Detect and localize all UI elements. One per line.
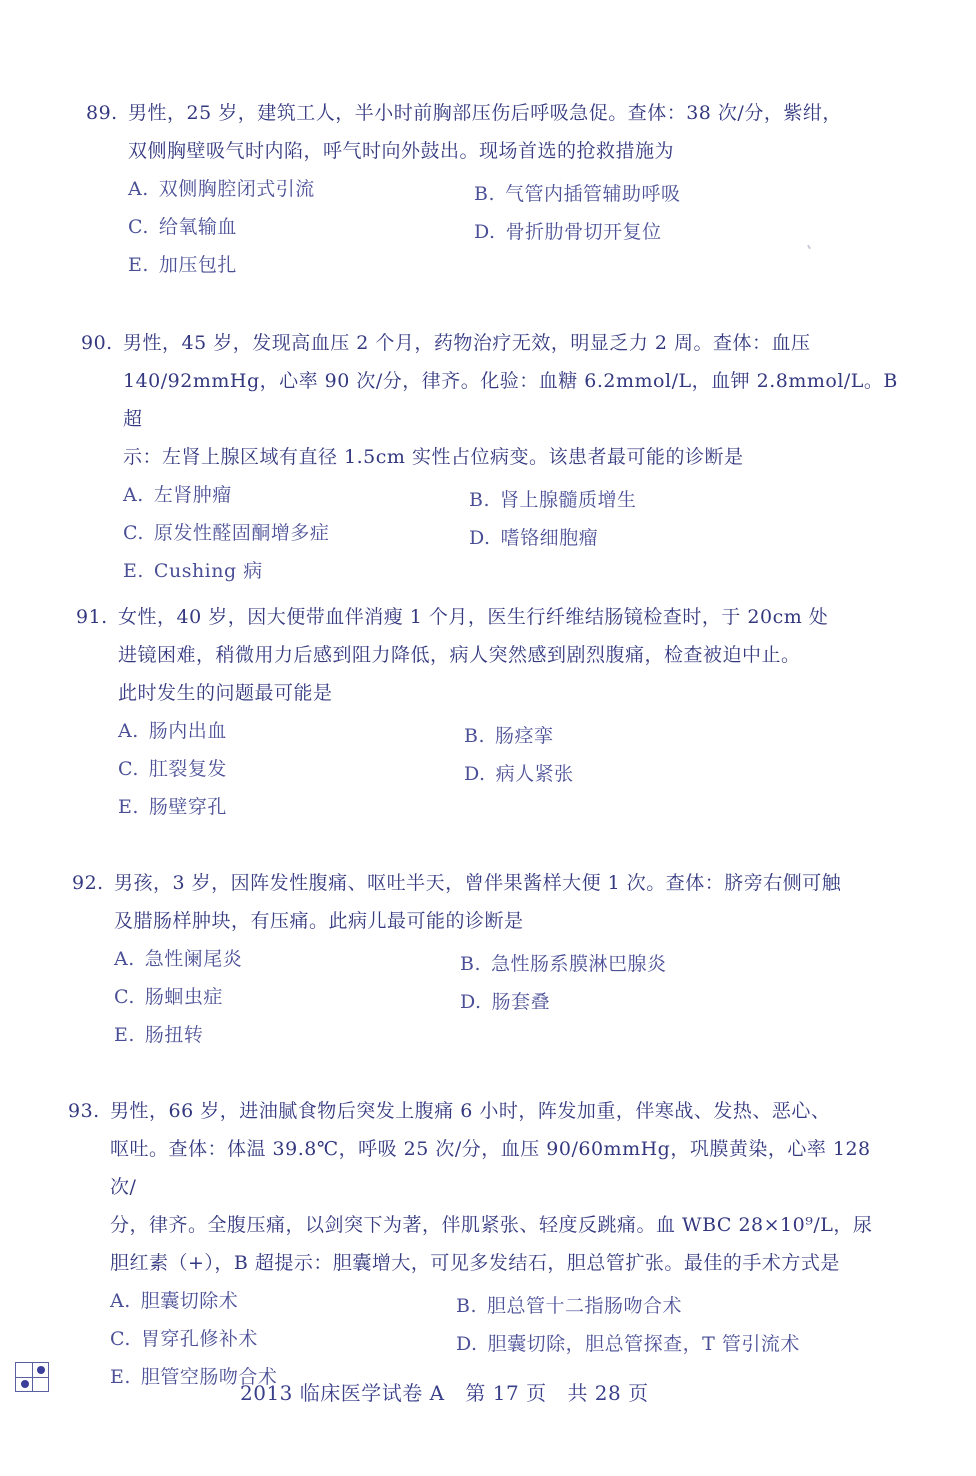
option-e: E.Cushing 病 <box>123 552 263 590</box>
question-stem: 92.男孩，3 岁，因阵发性腹痛、呕吐半天，曾伴果酱样大便 1 次。查体：脐旁右… <box>114 864 892 940</box>
question-number: 90. <box>81 324 123 362</box>
option-row: E.肠扭转 <box>72 1016 892 1054</box>
question-number: 92. <box>72 864 114 902</box>
option-row: E.加压包扎 <box>86 246 906 284</box>
stem-line: 89.男性，25 岁，建筑工人，半小时前胸部压伤后呼吸急促。查体：38 次/分，… <box>128 94 906 132</box>
stem-line: 91.女性，40 岁，因大便带血伴消瘦 1 个月，医生行纤维结肠镜检查时，于 2… <box>118 598 896 636</box>
dot-icon <box>37 1366 45 1374</box>
dot-icon <box>21 1380 29 1388</box>
page-footer: 2013 临床医学试卷 A 第 17 页 共 28 页 <box>240 1377 663 1406</box>
stem-line: 进镜困难，稍微用力后感到阻力降低，病人突然感到剧烈腹痛，检查被迫中止。 <box>118 636 896 674</box>
option-row: E.肠壁穿孔 <box>76 788 896 826</box>
stem-line: 93.男性，66 岁，进油腻食物后突发上腹痛 6 小时，阵发加重，伴寒战、发热、… <box>110 1092 888 1130</box>
stem-line: 及腊肠样肿块，有压痛。此病儿最可能的诊断是 <box>114 902 892 940</box>
option-c: C.胃穿孔修补术 <box>110 1320 258 1358</box>
registration-mark-icon <box>15 1362 49 1392</box>
option-a: A.左肾肿瘤 <box>123 476 232 514</box>
stem-line: 双侧胸壁吸气时内陷，呼气时向外鼓出。现场首选的抢救措施为 <box>128 132 906 170</box>
stem-line: 92.男孩，3 岁，因阵发性腹痛、呕吐半天，曾伴果酱样大便 1 次。查体：脐旁右… <box>114 864 892 902</box>
stem-line: 示：左肾上腺区域有直径 1.5cm 实性占位病变。该患者最可能的诊断是 <box>123 438 901 476</box>
question-93: 93.男性，66 岁，进油腻食物后突发上腹痛 6 小时，阵发加重，伴寒战、发热、… <box>68 1092 888 1396</box>
question-number: 89. <box>86 94 128 132</box>
question-90: 90.男性，45 岁，发现高血压 2 个月，药物治疗无效，明显乏力 2 周。查体… <box>81 324 901 590</box>
question-stem: 91.女性，40 岁，因大便带血伴消瘦 1 个月，医生行纤维结肠镜检查时，于 2… <box>118 598 896 712</box>
option-row: A.左肾肿瘤 B.肾上腺髓质增生 <box>81 476 901 514</box>
exam-title: 2013 临床医学试卷 A <box>240 1381 445 1405</box>
option-c: C.肠蛔虫症 <box>114 978 223 1016</box>
question-91: 91.女性，40 岁，因大便带血伴消瘦 1 个月，医生行纤维结肠镜检查时，于 2… <box>76 598 896 826</box>
stem-line: 此时发生的问题最可能是 <box>118 674 896 712</box>
question-stem: 90.男性，45 岁，发现高血压 2 个月，药物治疗无效，明显乏力 2 周。查体… <box>123 324 901 476</box>
option-row: E.Cushing 病 <box>81 552 901 590</box>
page-total: 共 28 页 <box>567 1381 648 1405</box>
stem-line: 分，律齐。全腹压痛，以剑突下为著，伴肌紧张、轻度反跳痛。血 WBC 28×10⁹… <box>110 1206 888 1244</box>
grid-line <box>16 1377 48 1378</box>
option-row: C.肠蛔虫症 D.肠套叠 <box>72 978 892 1016</box>
stem-line: 胆红素（+），B 超提示：胆囊增大，可见多发结石，胆总管扩张。最佳的手术方式是 <box>110 1244 888 1282</box>
question-number: 93. <box>68 1092 110 1130</box>
stem-line: 140/92mmHg，心率 90 次/分，律齐。化验：血糖 6.2mmol/L，… <box>123 362 901 438</box>
exam-page: 89.男性，25 岁，建筑工人，半小时前胸部压伤后呼吸急促。查体：38 次/分，… <box>0 0 976 1476</box>
option-row: C.原发性醛固酮增多症 D.嗜铬细胞瘤 <box>81 514 901 552</box>
option-c: C.肛裂复发 <box>118 750 227 788</box>
option-a: A.胆囊切除术 <box>110 1282 238 1320</box>
option-row: C.肛裂复发 D.病人紧张 <box>76 750 896 788</box>
option-row: A.肠内出血 B.肠痉挛 <box>76 712 896 750</box>
option-c: C.给氧输血 <box>128 208 237 246</box>
option-e: E.肠壁穿孔 <box>118 788 227 826</box>
option-row: A.双侧胸腔闭式引流 B.气管内插管辅助呼吸 <box>86 170 906 208</box>
option-row: C.给氧输血 D.骨折肋骨切开复位 <box>86 208 906 246</box>
option-row: C.胃穿孔修补术 D.胆囊切除，胆总管探查，T 管引流术 <box>68 1320 888 1358</box>
option-e: E.肠扭转 <box>114 1016 203 1054</box>
question-89: 89.男性，25 岁，建筑工人，半小时前胸部压伤后呼吸急促。查体：38 次/分，… <box>86 94 906 284</box>
option-a: A.双侧胸腔闭式引流 <box>128 170 315 208</box>
option-row: A.胆囊切除术 B.胆总管十二指肠吻合术 <box>68 1282 888 1320</box>
option-c: C.原发性醛固酮增多症 <box>123 514 329 552</box>
option-a: A.肠内出血 <box>118 712 227 750</box>
page-current: 第 17 页 <box>465 1381 546 1405</box>
stem-line: 90.男性，45 岁，发现高血压 2 个月，药物治疗无效，明显乏力 2 周。查体… <box>123 324 901 362</box>
question-number: 91. <box>76 598 118 636</box>
question-92: 92.男孩，3 岁，因阵发性腹痛、呕吐半天，曾伴果酱样大便 1 次。查体：脐旁右… <box>72 864 892 1054</box>
option-a: A.急性阑尾炎 <box>114 940 242 978</box>
option-row: A.急性阑尾炎 B.急性肠系膜淋巴腺炎 <box>72 940 892 978</box>
stem-line: 呕吐。查体：体温 39.8℃，呼吸 25 次/分，血压 90/60mmHg，巩膜… <box>110 1130 888 1206</box>
question-stem: 89.男性，25 岁，建筑工人，半小时前胸部压伤后呼吸急促。查体：38 次/分，… <box>128 94 906 170</box>
question-stem: 93.男性，66 岁，进油腻食物后突发上腹痛 6 小时，阵发加重，伴寒战、发热、… <box>110 1092 888 1282</box>
option-e: E.加压包扎 <box>128 246 237 284</box>
